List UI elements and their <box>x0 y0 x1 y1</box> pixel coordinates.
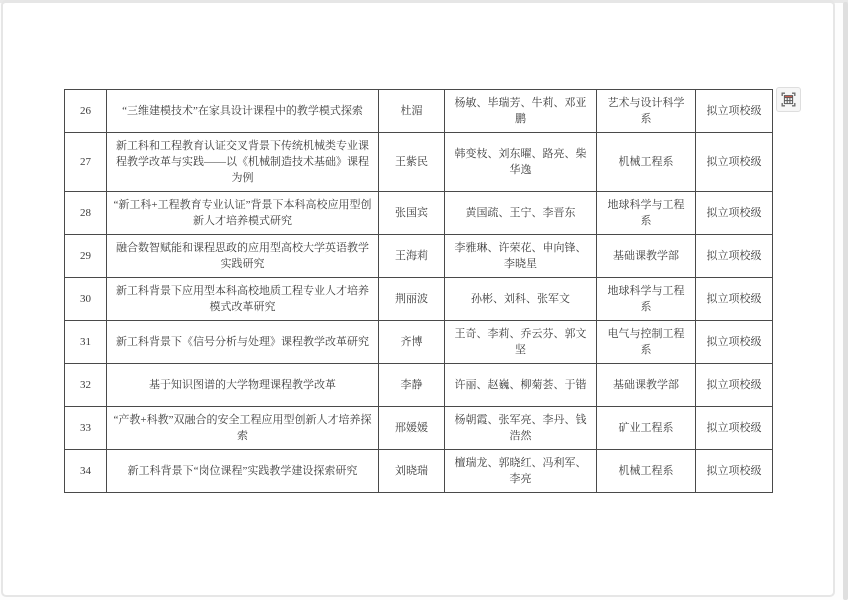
cell-level: 拟立项校级 <box>696 278 773 321</box>
cell-members: 韩变枝、刘东曜、路亮、柴华逸 <box>445 133 597 192</box>
cell-leader: 刘晓瑞 <box>379 450 445 493</box>
cell-members: 杨朝霞、张军亮、李丹、钱浩然 <box>445 407 597 450</box>
cell-leader: 杜湄 <box>379 90 445 133</box>
viewport: 26 “三维建模技术”在家具设计课程中的教学模式探索 杜湄 杨敏、毕瑞芳、牛莉、… <box>0 0 848 600</box>
cell-title: “产教+科教”双融合的安全工程应用型创新人才培养探索 <box>107 407 379 450</box>
cell-index: 28 <box>65 192 107 235</box>
cell-level: 拟立项校级 <box>696 450 773 493</box>
cell-leader: 李静 <box>379 364 445 407</box>
cell-level: 拟立项校级 <box>696 407 773 450</box>
cell-leader: 张国宾 <box>379 192 445 235</box>
cell-members: 黄国疏、王宁、李晋东 <box>445 192 597 235</box>
table-row: 28 “新工科+工程教育专业认证”背景下本科高校应用型创新人才培养模式研究 张国… <box>65 192 773 235</box>
cell-title: 基于知识图谱的大学物理课程教学改革 <box>107 364 379 407</box>
cell-members: 孙彬、刘科、张军文 <box>445 278 597 321</box>
table-row: 31 新工科背景下《信号分析与处理》课程教学改革研究 齐博 王奇、李莉、乔云芬、… <box>65 321 773 364</box>
cell-level: 拟立项校级 <box>696 192 773 235</box>
cell-level: 拟立项校级 <box>696 364 773 407</box>
table-row: 29 融合数智赋能和课程思政的应用型高校大学英语教学实践研究 王海莉 李雅琳、许… <box>65 235 773 278</box>
table-row: 30 新工科背景下应用型本科高校地质工程专业人才培养模式改革研究 荆丽波 孙彬、… <box>65 278 773 321</box>
cell-title: 新工科和工程教育认证交叉背景下传统机械类专业课程教学改革与实践——以《机械制造技… <box>107 133 379 192</box>
cell-department: 机械工程系 <box>597 450 696 493</box>
cell-index: 33 <box>65 407 107 450</box>
cell-department: 矿业工程系 <box>597 407 696 450</box>
table-select-button[interactable] <box>776 87 801 112</box>
cell-department: 基础课教学部 <box>597 364 696 407</box>
cell-index: 29 <box>65 235 107 278</box>
table-row: 32 基于知识图谱的大学物理课程教学改革 李静 许丽、赵巍、柳菊荟、于锴 基础课… <box>65 364 773 407</box>
cell-title: “三维建模技术”在家具设计课程中的教学模式探索 <box>107 90 379 133</box>
cell-level: 拟立项校级 <box>696 321 773 364</box>
cell-members: 王奇、李莉、乔云芬、郭文坚 <box>445 321 597 364</box>
cell-title: 新工科背景下“岗位课程”实践教学建设探索研究 <box>107 450 379 493</box>
cell-title: 新工科背景下《信号分析与处理》课程教学改革研究 <box>107 321 379 364</box>
cell-department: 机械工程系 <box>597 133 696 192</box>
cell-level: 拟立项校级 <box>696 235 773 278</box>
cell-members: 许丽、赵巍、柳菊荟、于锴 <box>445 364 597 407</box>
cell-title: “新工科+工程教育专业认证”背景下本科高校应用型创新人才培养模式研究 <box>107 192 379 235</box>
cell-index: 32 <box>65 364 107 407</box>
cell-department: 基础课教学部 <box>597 235 696 278</box>
cell-index: 34 <box>65 450 107 493</box>
cell-members: 李雅琳、许荣花、申向锋、李晓星 <box>445 235 597 278</box>
cell-department: 地球科学与工程系 <box>597 192 696 235</box>
cell-leader: 王海莉 <box>379 235 445 278</box>
cell-index: 26 <box>65 90 107 133</box>
cell-level: 拟立项校级 <box>696 133 773 192</box>
table-row: 26 “三维建模技术”在家具设计课程中的教学模式探索 杜湄 杨敏、毕瑞芳、牛莉、… <box>65 90 773 133</box>
cell-index: 27 <box>65 133 107 192</box>
cell-members: 杨敏、毕瑞芳、牛莉、邓亚鹏 <box>445 90 597 133</box>
cell-leader: 荆丽波 <box>379 278 445 321</box>
cell-level: 拟立项校级 <box>696 90 773 133</box>
cell-index: 31 <box>65 321 107 364</box>
cell-title: 新工科背景下应用型本科高校地质工程专业人才培养模式改革研究 <box>107 278 379 321</box>
table-row: 27 新工科和工程教育认证交叉背景下传统机械类专业课程教学改革与实践——以《机械… <box>65 133 773 192</box>
cell-leader: 王紫民 <box>379 133 445 192</box>
table-row: 33 “产教+科教”双融合的安全工程应用型创新人才培养探索 邢媛媛 杨朝霞、张军… <box>65 407 773 450</box>
table-select-icon <box>781 92 796 107</box>
cell-department: 地球科学与工程系 <box>597 278 696 321</box>
cell-index: 30 <box>65 278 107 321</box>
project-table: 26 “三维建模技术”在家具设计课程中的教学模式探索 杜湄 杨敏、毕瑞芳、牛莉、… <box>64 89 773 493</box>
cell-members: 檀瑞龙、郭晓红、冯利军、李亮 <box>445 450 597 493</box>
cell-department: 电气与控制工程系 <box>597 321 696 364</box>
cell-leader: 邢媛媛 <box>379 407 445 450</box>
cell-department: 艺术与设计科学系 <box>597 90 696 133</box>
scrollbar[interactable] <box>843 2 848 600</box>
cell-title: 融合数智赋能和课程思政的应用型高校大学英语教学实践研究 <box>107 235 379 278</box>
cell-leader: 齐博 <box>379 321 445 364</box>
table-row: 34 新工科背景下“岗位课程”实践教学建设探索研究 刘晓瑞 檀瑞龙、郭晓红、冯利… <box>65 450 773 493</box>
